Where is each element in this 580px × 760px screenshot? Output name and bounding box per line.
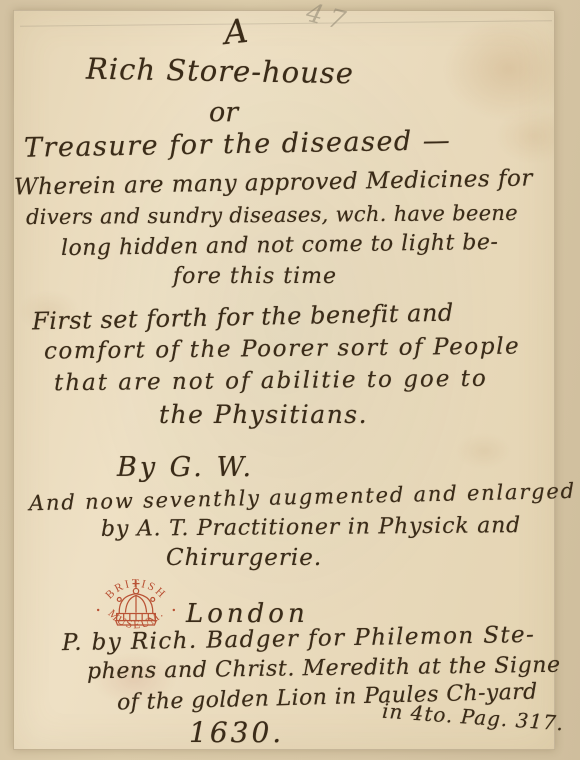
scanned-manuscript: { "manuscript": { "pencil_note": "47", "… bbox=[0, 0, 580, 760]
manuscript-page: 47 A Rich Store-house or Treasure for th… bbox=[13, 10, 555, 750]
imprint-date: 1630. bbox=[189, 719, 284, 747]
stamp-dot-left bbox=[97, 609, 99, 611]
body-line: First set forth for the benefit and bbox=[32, 301, 454, 334]
title-main: Rich Store-house bbox=[86, 55, 354, 89]
author-line: By G. W. bbox=[117, 454, 254, 481]
body-line: long hidden and not come to light be- bbox=[61, 232, 499, 260]
body-line: divers and sundry diseases, wch. have be… bbox=[26, 203, 518, 228]
title-article: A bbox=[222, 14, 249, 49]
title-conjunction: or bbox=[209, 99, 238, 126]
body-line: the Physitians. bbox=[159, 402, 368, 427]
body-line: that are not of abilitie to goe to bbox=[54, 368, 488, 396]
scratch-line bbox=[20, 20, 552, 27]
author-line: by A. T. Practitioner in Physick and bbox=[101, 515, 521, 541]
author-line: Chirurgerie. bbox=[166, 547, 322, 570]
body-line: Wherein are many approved Medicines for bbox=[14, 167, 533, 199]
body-line: fore this time bbox=[173, 266, 337, 288]
imprint-line: P. by Rich. Badger for Philemon Ste- bbox=[62, 624, 536, 655]
author-line: And now seventhly augmented and enlarged bbox=[29, 481, 576, 514]
body-line: comfort of the Poorer sort of People bbox=[44, 336, 521, 364]
imprint-line: phens and Christ. Meredith at the Signe bbox=[87, 655, 561, 684]
imprint-place: London bbox=[186, 601, 309, 627]
title-subtitle: Treasure for the diseased — bbox=[24, 127, 452, 161]
catalog-note: in 4to. Pag. 317. bbox=[382, 701, 565, 734]
stamp-dot-right bbox=[173, 609, 175, 611]
pencil-note: 47 bbox=[303, 0, 354, 38]
